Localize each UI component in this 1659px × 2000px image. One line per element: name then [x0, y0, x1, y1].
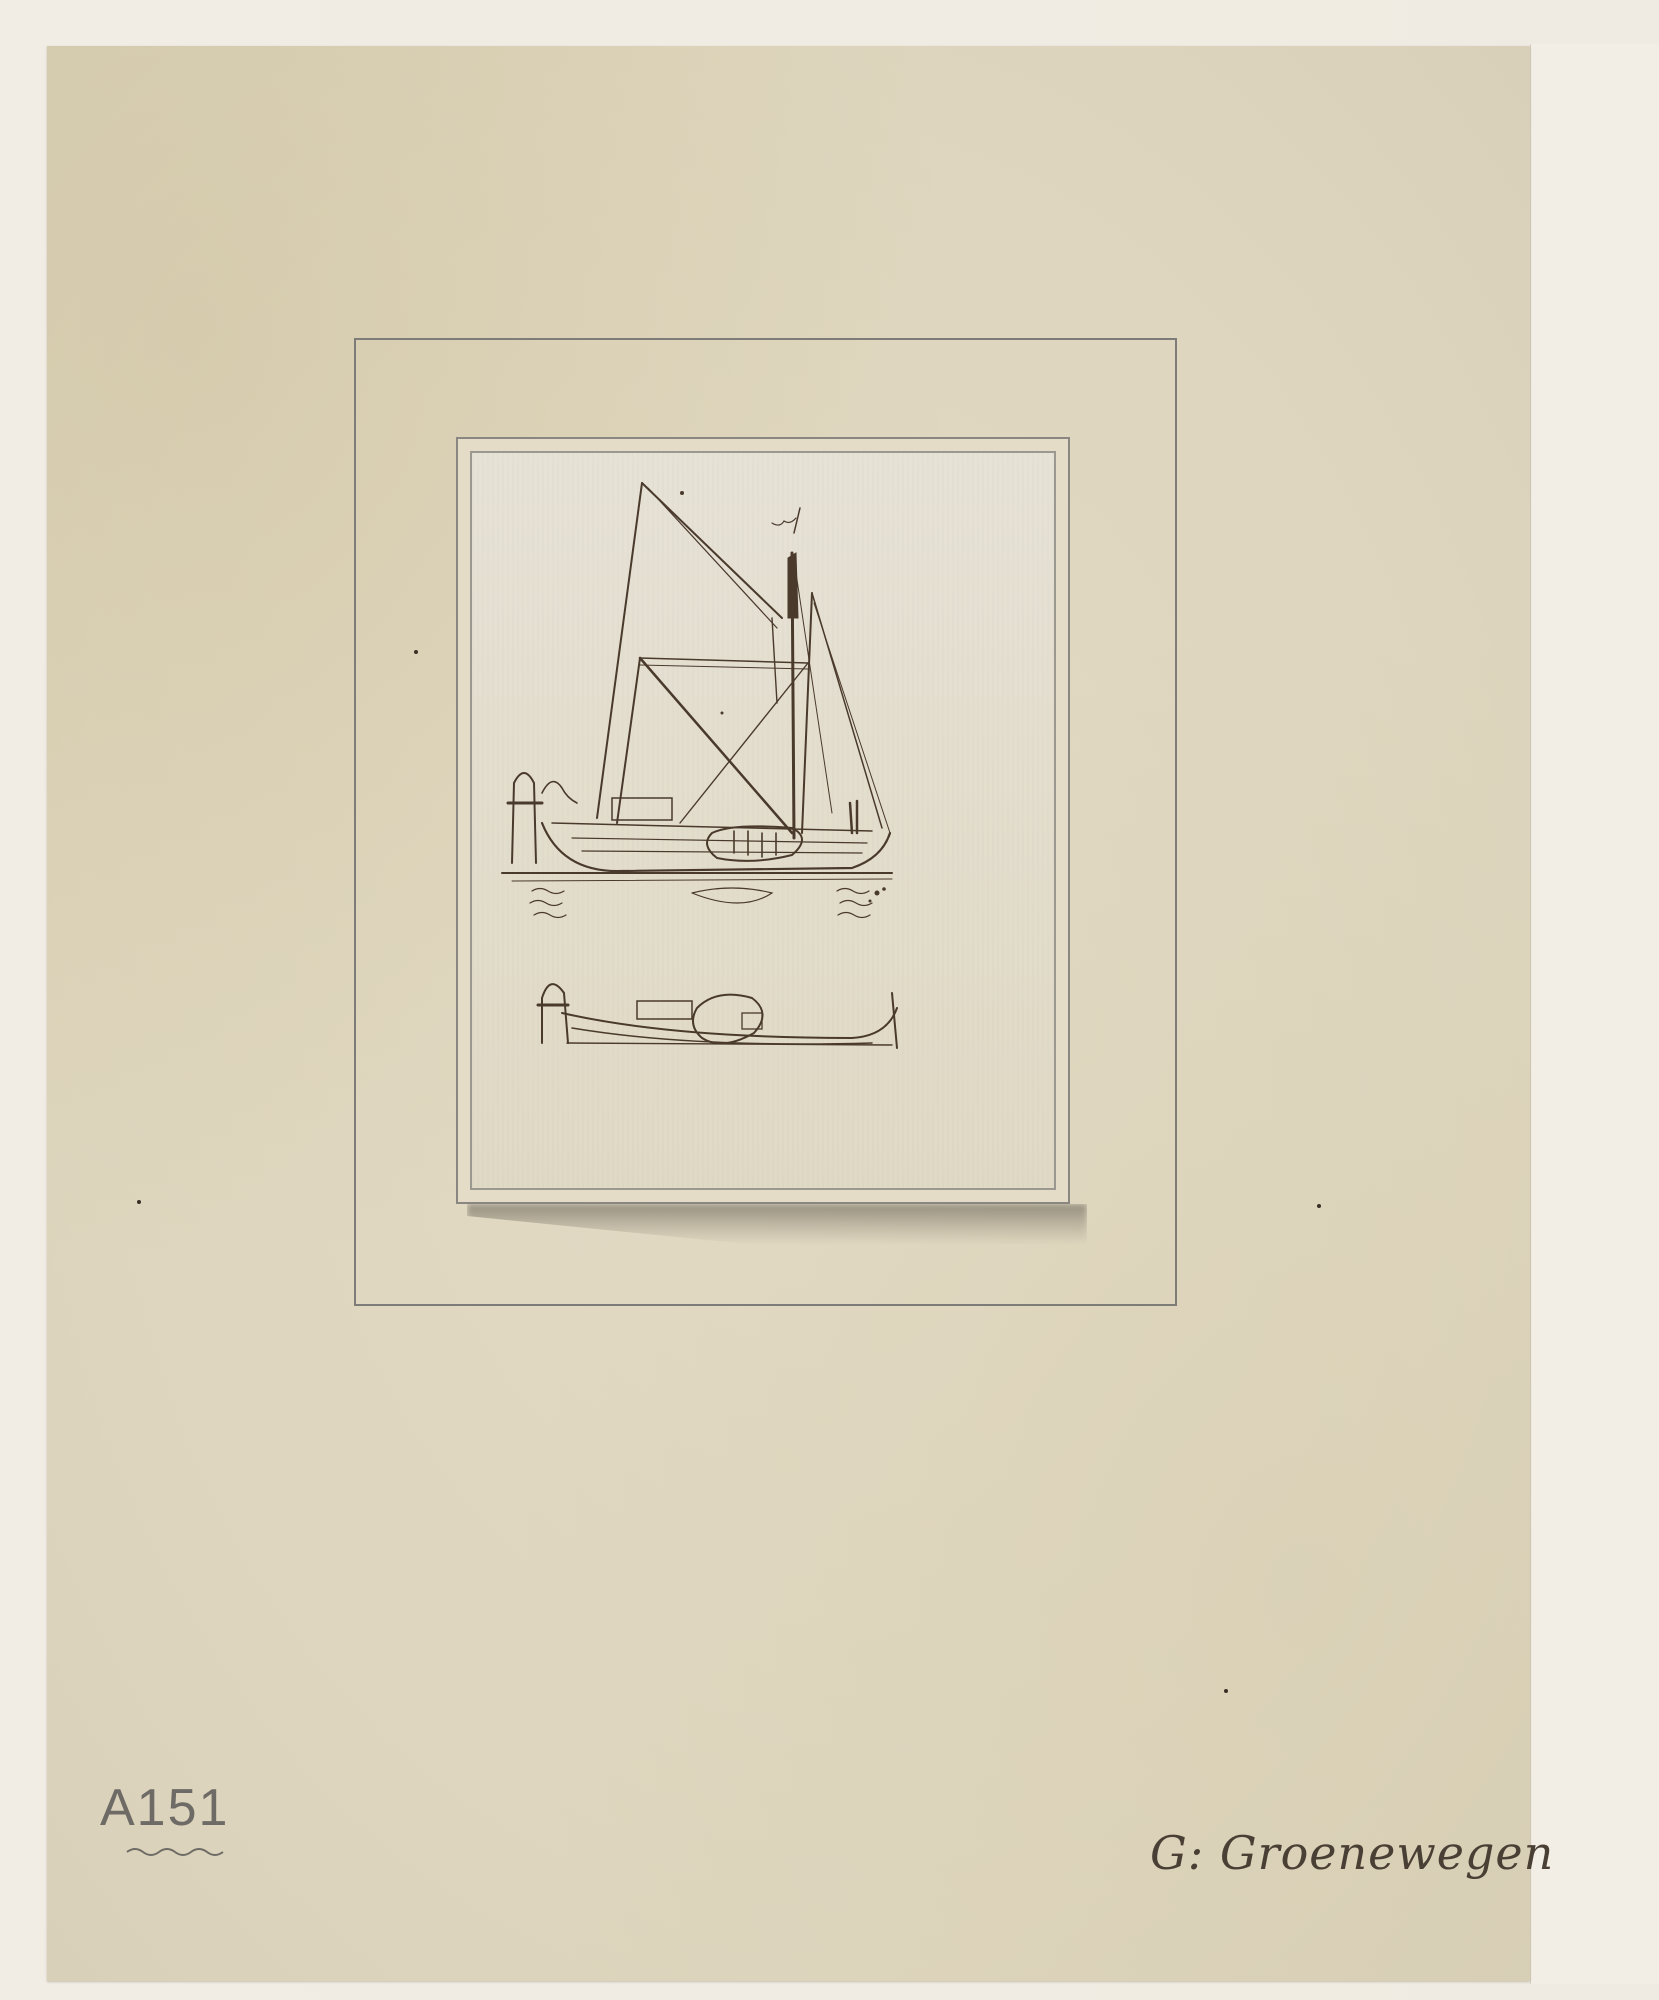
artist-signature: G: Groenewegen [1150, 1826, 1554, 1880]
ink-spot [137, 1200, 141, 1204]
underline-squiggle [125, 1844, 235, 1860]
drawing-mount [456, 437, 1070, 1204]
album-sheet [47, 46, 1530, 1981]
backing-strip [1530, 44, 1659, 1984]
inventory-annotation: A151 [100, 1778, 240, 1868]
ink-spot [1224, 1689, 1228, 1693]
ink-spot [1317, 1204, 1321, 1208]
ship-drawing [472, 453, 1062, 1196]
inventory-number: A151 [100, 1778, 229, 1838]
ink-spot [414, 650, 418, 654]
drawing-sheet [470, 451, 1056, 1190]
